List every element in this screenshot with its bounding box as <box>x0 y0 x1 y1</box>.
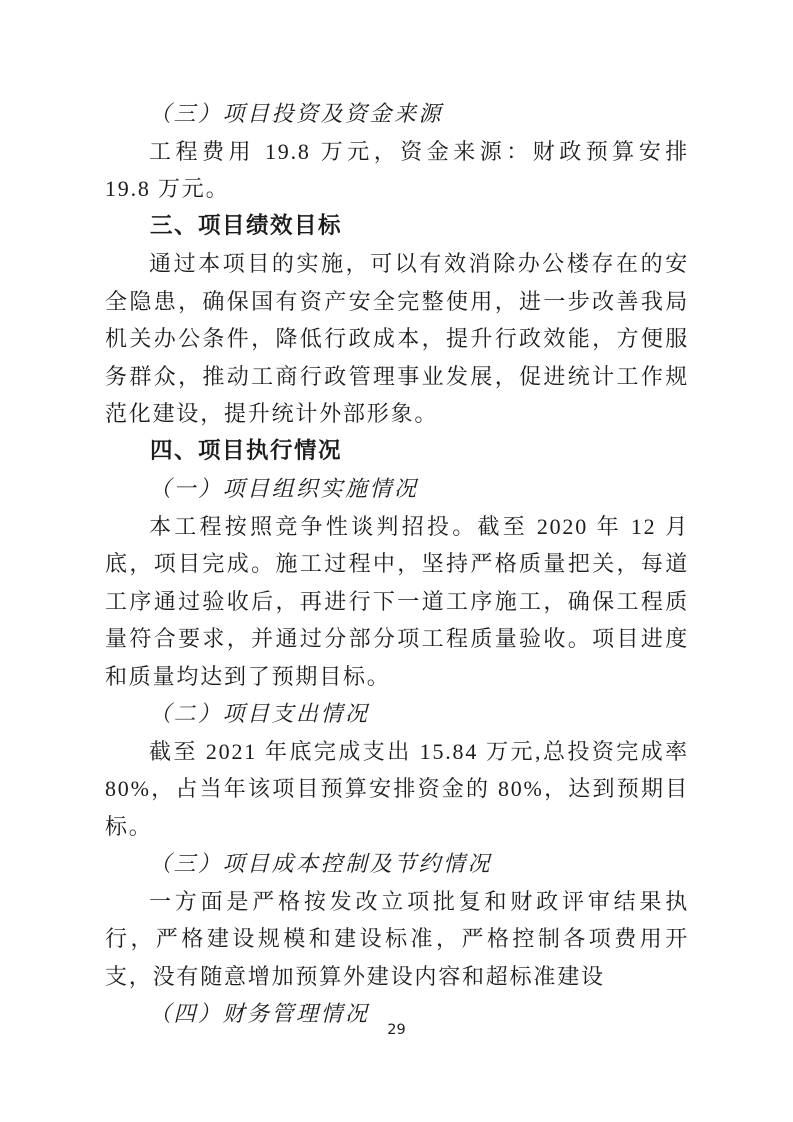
document-page: （三）项目投资及资金来源 工程费用 19.8 万元，资金来源：财政预算安排 19… <box>0 0 793 1122</box>
subheading-organization-implementation: （一）项目组织实施情况 <box>105 470 689 508</box>
subheading-project-investment-funding: （三）项目投资及资金来源 <box>105 95 689 133</box>
document-body: （三）项目投资及资金来源 工程费用 19.8 万元，资金来源：财政预算安排 19… <box>105 95 689 1033</box>
heading-project-execution: 四、项目执行情况 <box>105 433 689 471</box>
subheading-cost-control-savings: （三）项目成本控制及节约情况 <box>105 845 689 883</box>
paragraph-expenditure-details: 截至 2021 年底完成支出 15.84 万元,总投资完成率 80%，占当年该项… <box>105 733 689 846</box>
paragraph-cost-control-details: 一方面是严格按发改立项批复和财政评审结果执行，严格建设规模和建设标准，严格控制各… <box>105 883 689 996</box>
page-number: 29 <box>0 1022 793 1038</box>
subheading-project-expenditure: （二）项目支出情况 <box>105 695 689 733</box>
paragraph-performance-goals: 通过本项目的实施，可以有效消除办公楼存在的安全隐患，确保国有资产安全完整使用，进… <box>105 245 689 433</box>
paragraph-implementation-details: 本工程按照竞争性谈判招投。截至 2020 年 12 月底，项目完成。施工过程中，… <box>105 508 689 696</box>
heading-project-performance-goals: 三、项目绩效目标 <box>105 208 689 246</box>
paragraph-project-cost: 工程费用 19.8 万元，资金来源：财政预算安排 19.8 万元。 <box>105 133 689 208</box>
